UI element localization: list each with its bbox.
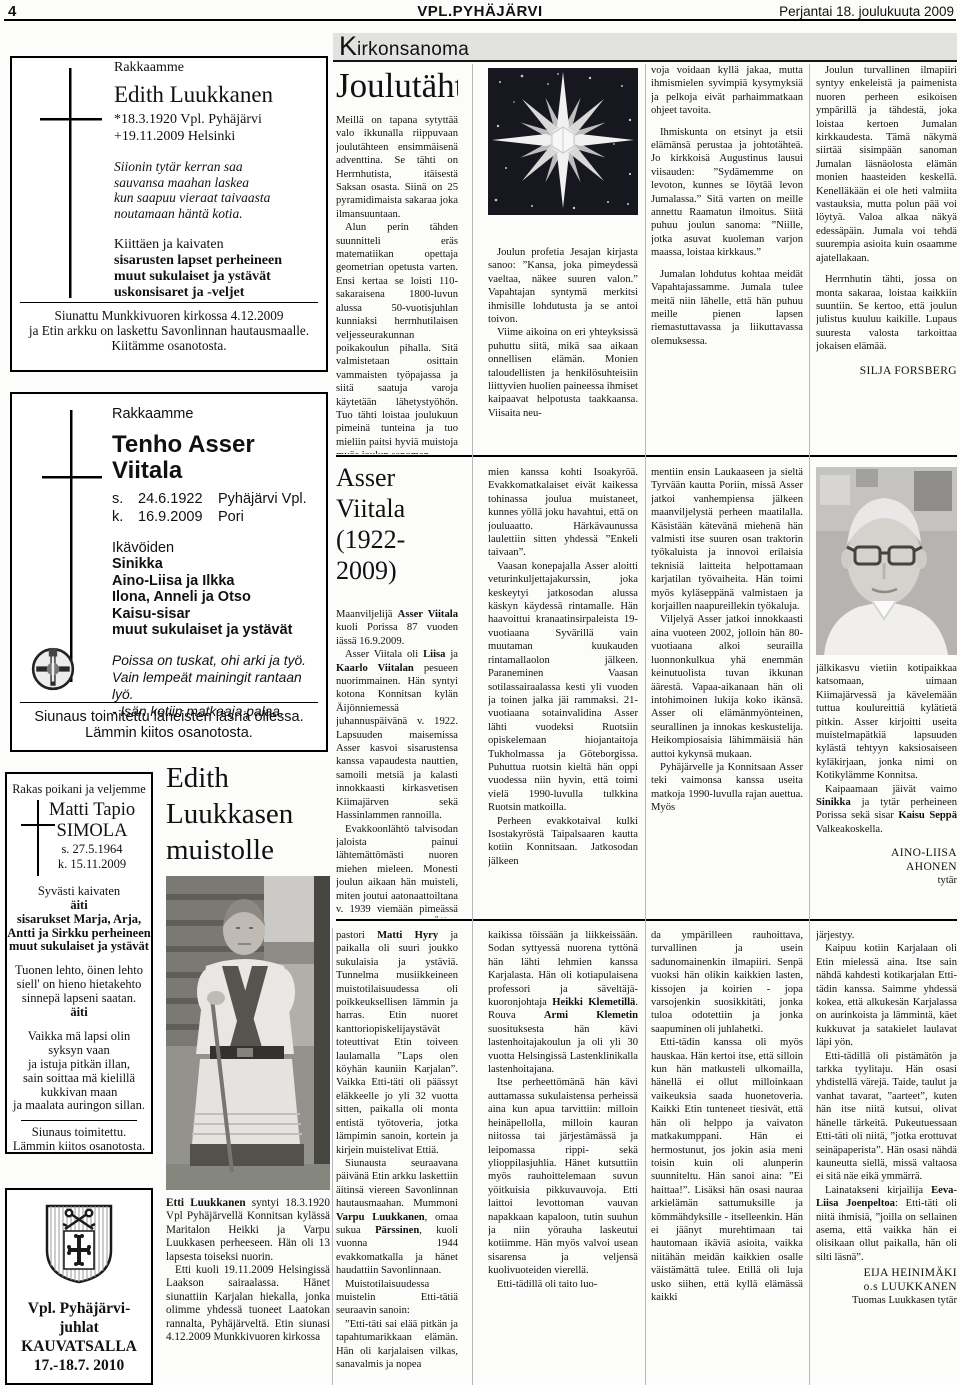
column-rule xyxy=(645,64,646,1385)
issue-date: Perjantai 18. joulukuuta 2009 xyxy=(779,4,954,19)
edith-memorial-intro: Etti Luukkanen syntyi 18.3.1920 Vpl Pyhä… xyxy=(166,1197,330,1385)
joulutahti-title: Joulutähti xyxy=(336,64,458,108)
section-title: Kirkonsanoma xyxy=(333,42,469,59)
joulutahti-column-3: voja voidaan kyllä jakaa, mutta ihmismie… xyxy=(651,64,803,454)
obituary-tenho-viitala: Rakkaamme Tenho Asser Viitala s.24.6.192… xyxy=(10,392,328,752)
obit-intro: Rakas poikani ja veljemme xyxy=(7,782,151,797)
column-rule xyxy=(809,64,810,1385)
obit-dearest: Rakkaamme xyxy=(112,406,320,422)
edith-memorial-column-4: järjestyy. Kaipuu kotiin Karjalaan oli E… xyxy=(816,929,957,1385)
obit-born: *18.3.1920 Vpl. Pyhäjärvi xyxy=(114,111,318,128)
asser-article-column-1: Asser Viitala (1922-2009) Maanviljelijä … xyxy=(336,462,458,918)
festival-ad: Vpl. Pyhäjärvi- juhlat KAUVATSALLA 17.-1… xyxy=(5,1188,153,1385)
asser-article-column-3: mentiin ensin Laukaaseen ja sieltä Tyrvä… xyxy=(651,466,803,918)
memorial-cross-icon xyxy=(40,68,102,306)
joulutahti-column-4: Joulun turvallinen ilmapiiri syntyy enke… xyxy=(816,64,957,454)
pyhajarvi-coat-of-arms xyxy=(43,1202,115,1286)
obit-name: Edith Luukkanen xyxy=(114,82,318,108)
obit-dates: s.24.6.1922Pyhäjärvi Vpl. k.16.9.2009Por… xyxy=(112,491,320,526)
kirkonsanoma-section-header: Kirkonsanoma xyxy=(333,33,957,62)
asser-article-column-2: mien kanssa kohti Isoakyröä. Evakkomatka… xyxy=(488,466,638,918)
moravian-star-photo xyxy=(488,68,638,215)
header-rule xyxy=(4,19,956,21)
obit-mourners: Sinikka Aino-Liisa ja Ilkka Ilona, Annel… xyxy=(112,556,320,639)
column-rule xyxy=(472,64,473,1385)
asser-viitala-photo xyxy=(816,467,957,655)
asser-article-title: Asser Viitala (1922-2009) xyxy=(336,462,458,586)
obit-verse: Siionin tytär kerran saa sauvansa maahan… xyxy=(114,159,318,221)
obit-died: +19.11.2009 Helsinki xyxy=(114,128,318,145)
obituary-edith-luukkanen: Rakkaamme Edith Luukkanen *18.3.1920 Vpl… xyxy=(10,56,328,372)
obit-mourning-intro: Kiittäen ja kaivaten xyxy=(114,237,318,253)
edith-memorial-column-3: da ympärilleen rauhoittava, turvallinen … xyxy=(651,929,803,1385)
edith-memorial-signature: EIJA HEINIMÄKI o.s LUUKKANEN Tuomas Luuk… xyxy=(816,1266,957,1308)
asser-article-signature: AINO-LIISA AHONEN tytär xyxy=(816,846,957,888)
obit-mourners: sisarusten lapset perheineen muut sukula… xyxy=(114,253,318,301)
asser-article-column-4: jälkikasvu vietiin kotipaikkaa katsomaan… xyxy=(816,662,957,918)
newspaper-page: 4 VPL.PYHÄJÄRVI Perjantai 18. joulukuuta… xyxy=(0,0,960,1385)
joulutahti-signature: SILJA FORSBERG xyxy=(816,364,957,378)
edith-luukkanen-photo xyxy=(166,876,330,1190)
edith-memorial-column-2: kaikissa töissään ja liikkeissään. Sodan… xyxy=(488,929,638,1385)
obit-mourning-intro: Ikävöiden xyxy=(112,540,320,556)
obit-mourning-intro: Syvästi kaivaten xyxy=(7,884,151,899)
joulutahti-column-1: Joulutähti Meillä on tapana sytyttää val… xyxy=(336,64,458,454)
obit-blessing-note: Siunaus toimitettu. Lämmin kiitos osanot… xyxy=(7,1125,151,1153)
obituary-matti-simola: Rakas poikani ja veljemme Matti Tapio SI… xyxy=(5,772,153,1154)
joulutahti-column-2: Joulun profetia Jesajan kirjasta sanoo: … xyxy=(488,246,638,454)
obit-mourners: äiti sisarukset Marja, Arja, Antti ja Si… xyxy=(7,899,151,954)
obit-dearest: Rakkaamme xyxy=(114,60,318,76)
column-rule xyxy=(332,928,333,1385)
section-divider-rule xyxy=(336,455,957,457)
festival-ad-text: Vpl. Pyhäjärvi- juhlat KAUVATSALLA 17.-1… xyxy=(7,1299,151,1375)
obit-verse-1: Tuonen lehto, öinen lehto siell' on hien… xyxy=(7,964,151,1019)
memorial-cross-icon xyxy=(19,800,57,878)
veteran-emblem-icon xyxy=(30,646,76,692)
obit-blessing-note: Siunattu Munkkivuoren kirkossa 4.12.2009… xyxy=(14,308,324,353)
obit-name: Tenho Asser Viitala xyxy=(112,432,320,484)
edith-memorial-column-1: pastori Matti Hyry ja paikalla oli suuri… xyxy=(336,929,458,1385)
section-divider-rule xyxy=(336,919,957,921)
obit-blessing-note: Siunaus toimitettu läheisten läsnä olles… xyxy=(14,709,324,741)
obit-verse-2: Vaikka mä lapsi olin syksyn vaan ja istu… xyxy=(7,1030,151,1113)
edith-memorial-title: Edith Luukkasen muistolle xyxy=(166,760,332,868)
